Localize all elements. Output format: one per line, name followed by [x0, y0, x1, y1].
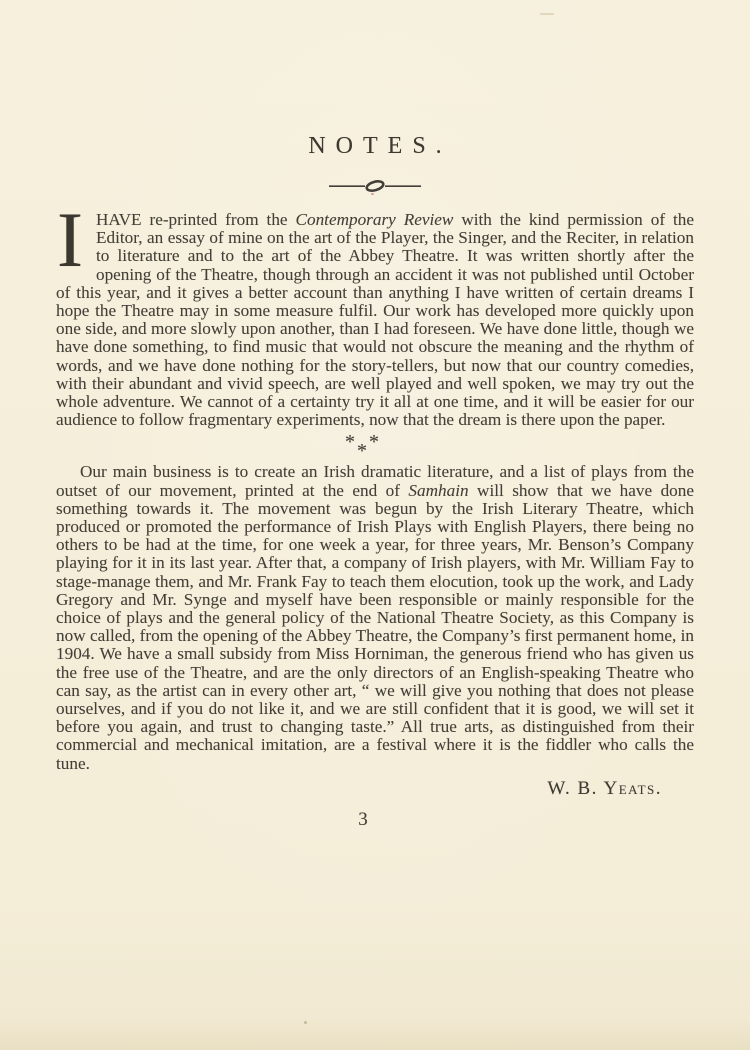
- page-number: 3: [0, 809, 738, 831]
- book-page: NOTES. IHAVE re-printed from the Contemp…: [0, 0, 750, 1050]
- asterisk-icon: *: [357, 441, 367, 461]
- italic-contemporary-review: Contemporary Review: [296, 210, 454, 229]
- paper-speck: [371, 193, 374, 195]
- asterisk-icon: *: [345, 432, 355, 452]
- drop-cap: I: [57, 212, 83, 267]
- page-title: NOTES.: [0, 0, 750, 159]
- para2-text-rest: will show that we have done something to…: [56, 481, 694, 773]
- divider-ornament: [0, 178, 750, 194]
- author-signature: W. B. Yeats.: [0, 778, 750, 800]
- rule-loop-ornament-icon: [329, 178, 421, 194]
- para1-text-rest: with the kind permission of the Editor, …: [56, 210, 694, 429]
- paragraph-main: Our main business is to create an Irish …: [56, 463, 694, 772]
- para1-text-start: HAVE re-printed from the: [96, 210, 296, 229]
- paper-scratch: [540, 13, 554, 15]
- text-column: IHAVE re-printed from the Contemporary R…: [56, 211, 694, 773]
- paragraph-intro: IHAVE re-printed from the Contemporary R…: [56, 211, 694, 429]
- paper-speck: [304, 1021, 307, 1024]
- asterisk-icon: *: [369, 432, 379, 452]
- italic-samhain: Samhain: [408, 481, 468, 500]
- asterism-divider: ***: [343, 434, 387, 456]
